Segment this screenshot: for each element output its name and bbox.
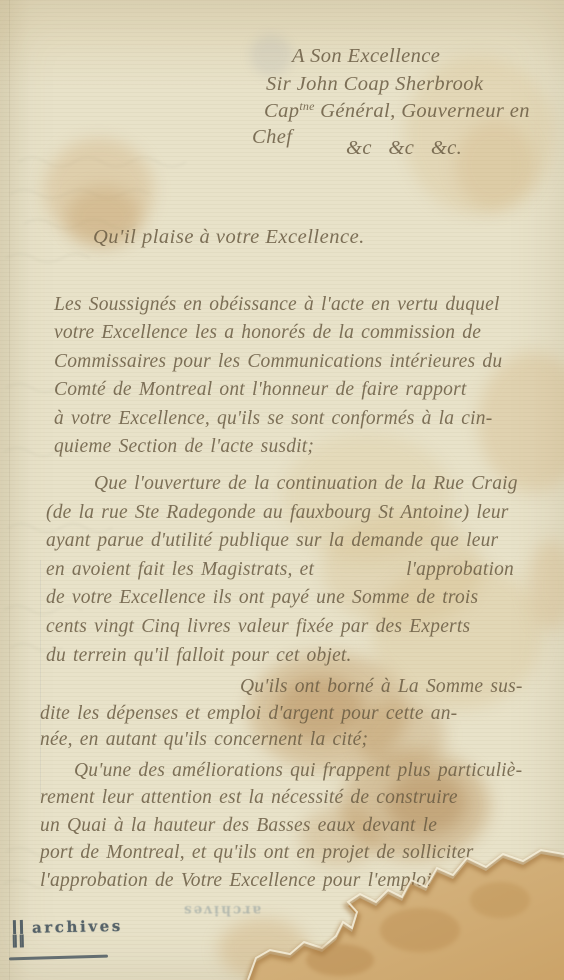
manuscript-line: de votre Excellence ils ont payé une Som… bbox=[46, 584, 518, 613]
manuscript-line: dite les dépenses et emploi d'argent pou… bbox=[40, 701, 523, 728]
manuscript-line: ayant parue d'utilité publique sur la de… bbox=[46, 527, 518, 556]
manuscript-line: Comté de Montreal ont l'honneur de faire… bbox=[54, 376, 502, 404]
manuscript-line: Qu'une des améliorations qui frappent pl… bbox=[40, 757, 522, 784]
stain bbox=[528, 540, 564, 630]
manuscript-line: (de la rue Ste Radegonde au fauxbourg St… bbox=[46, 499, 518, 528]
manuscript-line: à votre Excellence, qu'ils se sont confo… bbox=[54, 405, 502, 433]
manuscript-line: Les Soussignés en obéissance à l'acte en… bbox=[54, 291, 502, 319]
manuscript-line: cents vingt Cinq livres valeur fixée par… bbox=[46, 613, 518, 642]
heading-line3-superscript: tne bbox=[299, 99, 314, 113]
manuscript-line: rement leur attention est la nécessité d… bbox=[40, 784, 522, 811]
paragraph: Qu'une des améliorations qui frappent pl… bbox=[40, 757, 522, 894]
salutation-line: Qu'il plaise à votre Excellence. bbox=[93, 226, 365, 249]
manuscript-line: en avoient fait les Magistrats, et l'app… bbox=[46, 556, 518, 585]
paragraph: Les Soussignés en obéissance à l'acte en… bbox=[54, 291, 502, 461]
fold-line bbox=[9, 0, 10, 980]
manuscript-line: votre Excellence les a honorés de la com… bbox=[54, 319, 502, 347]
manuscript-line: du terrein qu'il falloit pour cet objet. bbox=[46, 642, 518, 671]
heading-line3-post: Général, Gouverneur en bbox=[315, 100, 530, 122]
heading-line: &c &c &c. bbox=[346, 137, 462, 160]
manuscript-line: un Quai à la hauteur des Basses eaux dev… bbox=[40, 812, 522, 839]
stamp-label: archives bbox=[32, 917, 123, 937]
manuscript-line: quieme Section de l'acte susdit; bbox=[54, 433, 502, 461]
paragraph: Qu'ils ont borné à La Somme sus- dite le… bbox=[40, 674, 523, 754]
stain bbox=[455, 120, 535, 210]
manuscript-page: A Son Excellence Sir John Coap Sherbrook… bbox=[0, 0, 564, 980]
manuscript-line: Que l'ouverture de la continuation de la… bbox=[46, 470, 518, 499]
ink-smudge bbox=[250, 34, 292, 76]
manuscript-line: née, en autant qu'ils concernent la cité… bbox=[40, 727, 523, 754]
heading-line: Chef bbox=[252, 126, 292, 149]
stamp-underline bbox=[9, 955, 108, 961]
stain bbox=[218, 918, 308, 980]
manuscript-line: Commissaires pour les Communications int… bbox=[54, 348, 502, 376]
archives-stamp: archives bbox=[12, 917, 123, 937]
heading-line: A Son Excellence bbox=[292, 45, 440, 68]
manuscript-line: port de Montreal, et qu'ils ont en proje… bbox=[40, 839, 522, 866]
heading-line3-pre: Cap bbox=[264, 100, 299, 122]
mirrored-archives-stamp: archives bbox=[182, 902, 261, 918]
paragraph: Que l'ouverture de la continuation de la… bbox=[46, 470, 518, 670]
manuscript-line: l'approbation de Votre Excellence pour l… bbox=[40, 867, 522, 894]
underpage-stains bbox=[306, 882, 530, 976]
stamp-monogram-icon bbox=[12, 920, 25, 937]
heading-line: Captne Général, Gouverneur en bbox=[264, 99, 530, 123]
manuscript-line: Qu'ils ont borné à La Somme sus- bbox=[40, 674, 523, 701]
heading-line: Sir John Coap Sherbrook bbox=[266, 73, 483, 96]
